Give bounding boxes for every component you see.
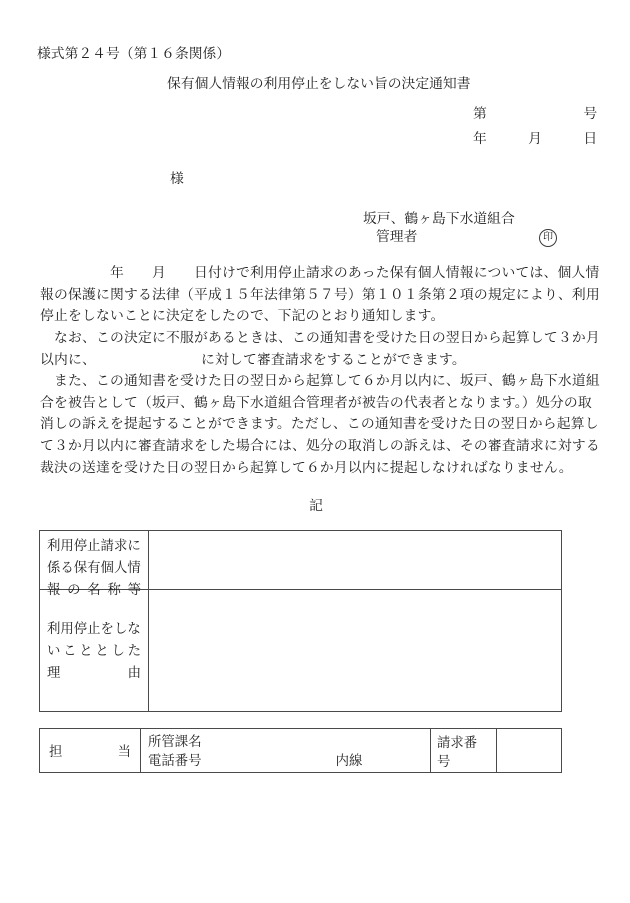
- seal-mark-icon: 印: [539, 229, 557, 247]
- body-paragraph-2: なお、この決定に不服があるときは、この通知書を受けた日の翌日から起算して３か月 …: [40, 327, 625, 370]
- row2-label-line1: 利用停止をしな: [47, 618, 141, 640]
- phone-label: 電話番号: [148, 753, 202, 768]
- row1-label-line2: 係る保有個人情: [47, 557, 141, 579]
- request-number-value-cell: [497, 729, 562, 772]
- extension-label: 内線: [336, 753, 363, 768]
- contact-table: 担当 所管課名 電話番号内線 請求番号: [39, 728, 562, 773]
- section-phone-cell: 所管課名 電話番号内線: [141, 729, 431, 772]
- charge-cell: 担当: [40, 729, 141, 772]
- row2-label-line3: 理由: [47, 662, 141, 684]
- body-paragraph-3: また、この通知書を受けた日の翌日から起算して６か月以内に、坂戸、鶴ヶ島下水道組 …: [40, 370, 625, 479]
- charge-label: 担当: [49, 741, 131, 760]
- document-title: 保有個人情報の利用停止をしない旨の決定通知書: [167, 77, 471, 91]
- details-table-row1-label-cell: 利用停止請求に 係る保有個人情 報の名称等: [40, 531, 149, 590]
- document-page: 様式第２４号（第１６条関係） 保有個人情報の利用停止をしない旨の決定通知書 第 …: [0, 0, 630, 903]
- seal-character: 印: [543, 232, 553, 243]
- sender-title: 管理者: [376, 230, 417, 244]
- request-number-label-cell: 請求番号: [431, 729, 497, 772]
- ki-heading: 記: [40, 494, 592, 514]
- form-number: 様式第２４号（第１６条関係）: [37, 47, 230, 61]
- date-line: 年 月 日: [473, 132, 597, 146]
- request-number-label: 請求番号: [437, 732, 490, 770]
- details-table-row2-value-cell: [149, 590, 562, 712]
- details-table: 利用停止請求に 係る保有個人情 報の名称等 利用停止をしな いこととした 理由: [39, 530, 562, 712]
- recipient-suffix: 様: [170, 172, 184, 186]
- details-table-row1-value-cell: [149, 531, 562, 590]
- row2-label-line2: いこととした: [47, 640, 141, 662]
- section-name-label: 所管課名: [148, 732, 423, 751]
- body-paragraph-1: 年 月 日付けで利用停止請求のあった保有個人情報については、個人情 報の保護に関…: [40, 262, 625, 327]
- sender-organization: 坂戸、鶴ヶ島下水道組合: [363, 212, 515, 226]
- details-table-row2-label-cell: 利用停止をしな いこととした 理由: [40, 590, 149, 712]
- row1-label-line1: 利用停止請求に: [47, 535, 141, 557]
- phone-line: 電話番号内線: [148, 751, 423, 770]
- document-number-line: 第 号: [473, 107, 597, 121]
